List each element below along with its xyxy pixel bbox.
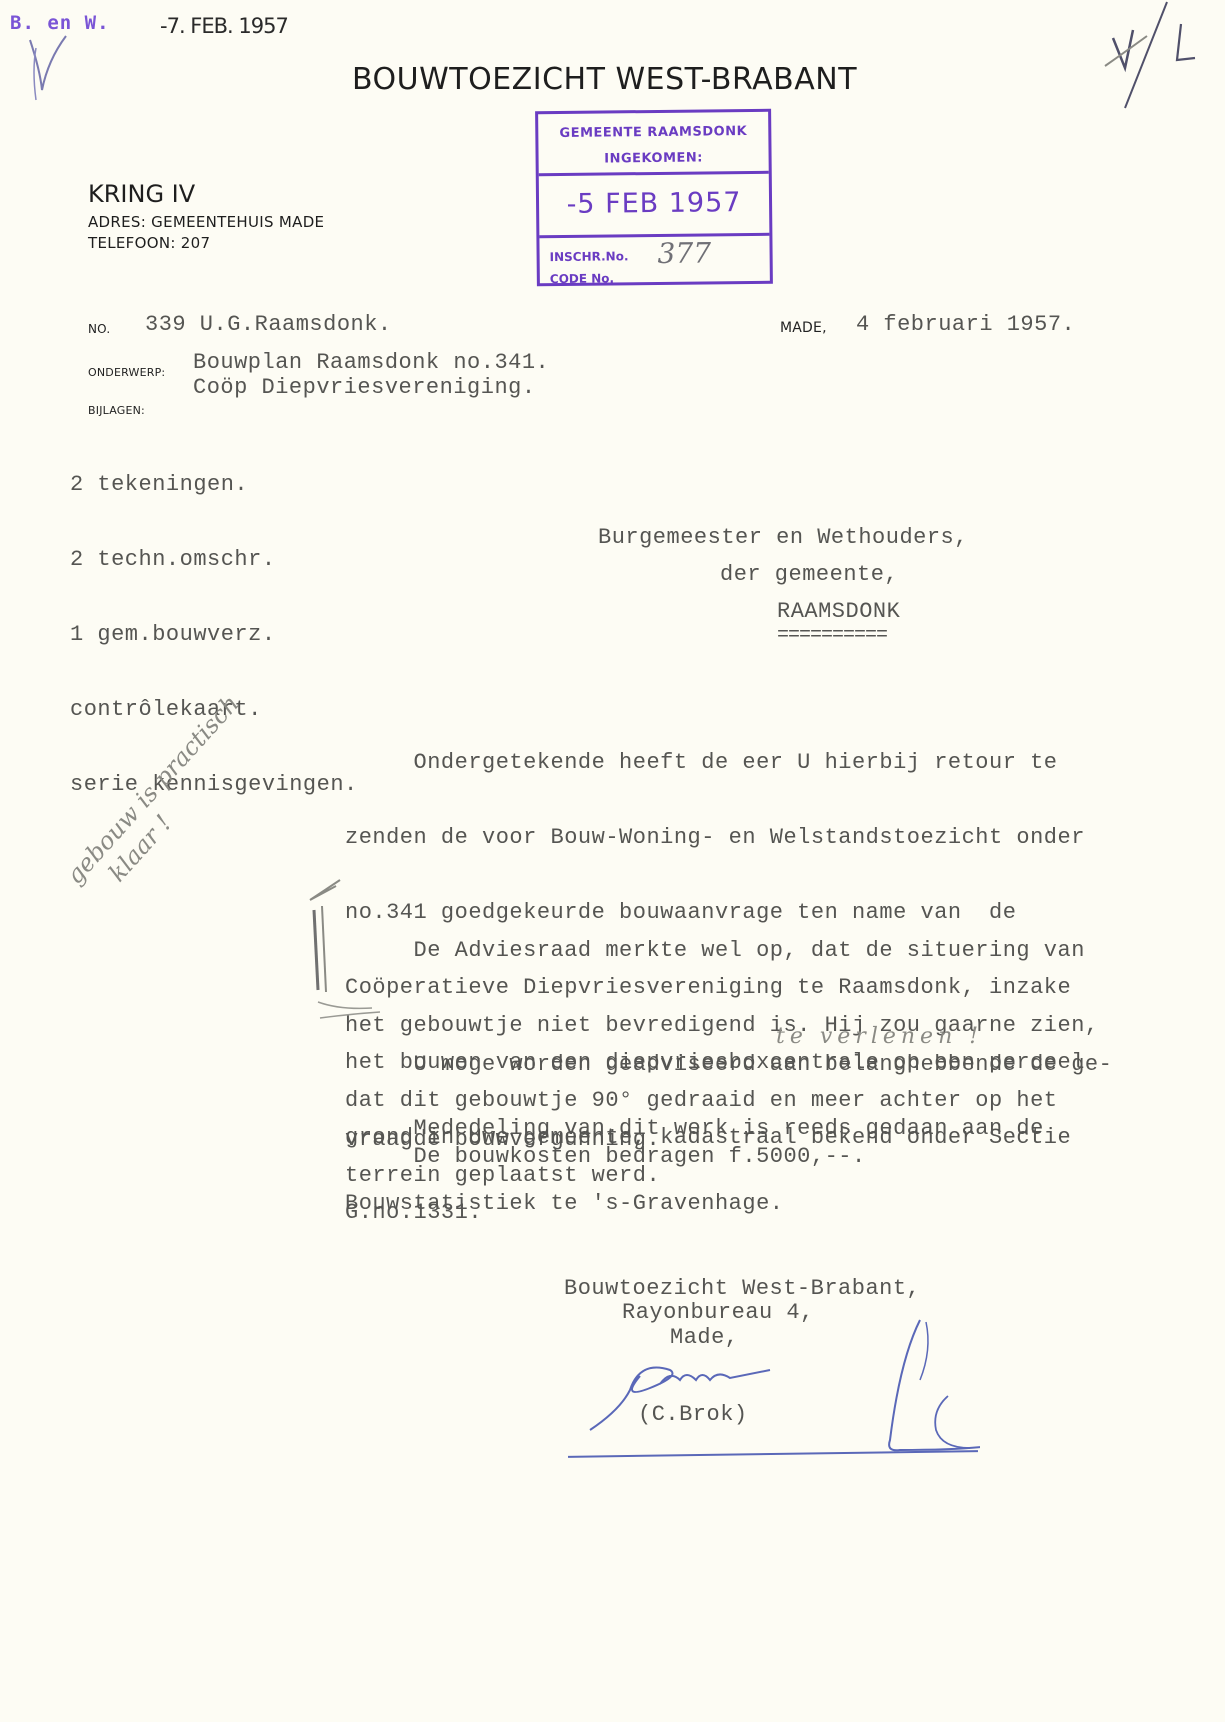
letterhead-address: ADRES: GEMEENTEHUIS MADE xyxy=(88,213,324,231)
attachments-label: BIJLAGEN: xyxy=(88,404,145,417)
attachment-item: 2 tekeningen. xyxy=(70,472,358,497)
letterhead-phone: TELEFOON: 207 xyxy=(88,234,210,252)
body-line: Mededeling van dit werk is reeds gedaan … xyxy=(345,1116,1044,1141)
stamp-received-label: INGEKOMEN: xyxy=(538,145,768,173)
received-stamp-date: -7. FEB. 1957 xyxy=(160,14,288,38)
letter-date: 4 februari 1957. xyxy=(856,312,1075,337)
pencil-bracket-mark-icon xyxy=(300,870,420,1030)
body-line: Ondergetekende heeft de eer U hierbij re… xyxy=(345,750,1085,775)
subject-label: ONDERWERP: xyxy=(88,366,165,379)
letterhead-title: BOUWTOEZICHT WEST-BRABANT xyxy=(352,62,857,97)
body-paragraph-5: De bouwkosten bedragen f.5000,--. xyxy=(345,1144,866,1169)
body-line: De Adviesraad merkte wel op, dat de situ… xyxy=(345,938,1099,963)
subject-line-2: Coöp Diepvriesvereniging. xyxy=(193,375,536,400)
attachment-item: 1 gem.bouwverz. xyxy=(70,622,358,647)
letterhead-kring: KRING IV xyxy=(88,180,195,208)
v-slash-l-mark-icon xyxy=(1085,0,1205,115)
recipient-underline: ========== xyxy=(777,624,887,647)
corner-annotation xyxy=(1085,0,1205,120)
stamp-municipality-name: GEMEENTE RAAMSDONK xyxy=(538,119,768,147)
signature-icon xyxy=(560,1300,980,1460)
initial-check-mark-icon xyxy=(22,30,72,105)
reference-number: 339 U.G.Raamsdonk. xyxy=(145,312,392,337)
body-line: Bouwstatistiek te 's-Gravenhage. xyxy=(345,1191,1044,1216)
handwritten-inline-note: te verlenen ! xyxy=(776,1024,983,1049)
closing-organization: Bouwtoezicht West-Brabant, xyxy=(564,1276,920,1301)
stamp-inschr-value: 377 xyxy=(657,236,711,270)
attachment-item: 2 techn.omschr. xyxy=(70,547,358,572)
recipient-line-1: Burgemeester en Wethouders, xyxy=(598,525,968,550)
municipality-received-stamp: GEMEENTE RAAMSDONK INGEKOMEN: -5 FEB 195… xyxy=(535,109,773,286)
subject-line-1: Bouwplan Raamsdonk no.341. xyxy=(193,350,549,375)
recipient-line-2: der gemeente, xyxy=(720,562,898,587)
no-label: NO. xyxy=(88,322,110,336)
stamp-date: -5 FEB 1957 xyxy=(539,174,770,238)
body-line: zenden de voor Bouw-Woning- en Welstands… xyxy=(345,825,1085,850)
place-label: MADE, xyxy=(780,320,827,336)
recipient-line-3: RAAMSDONK xyxy=(777,599,900,624)
